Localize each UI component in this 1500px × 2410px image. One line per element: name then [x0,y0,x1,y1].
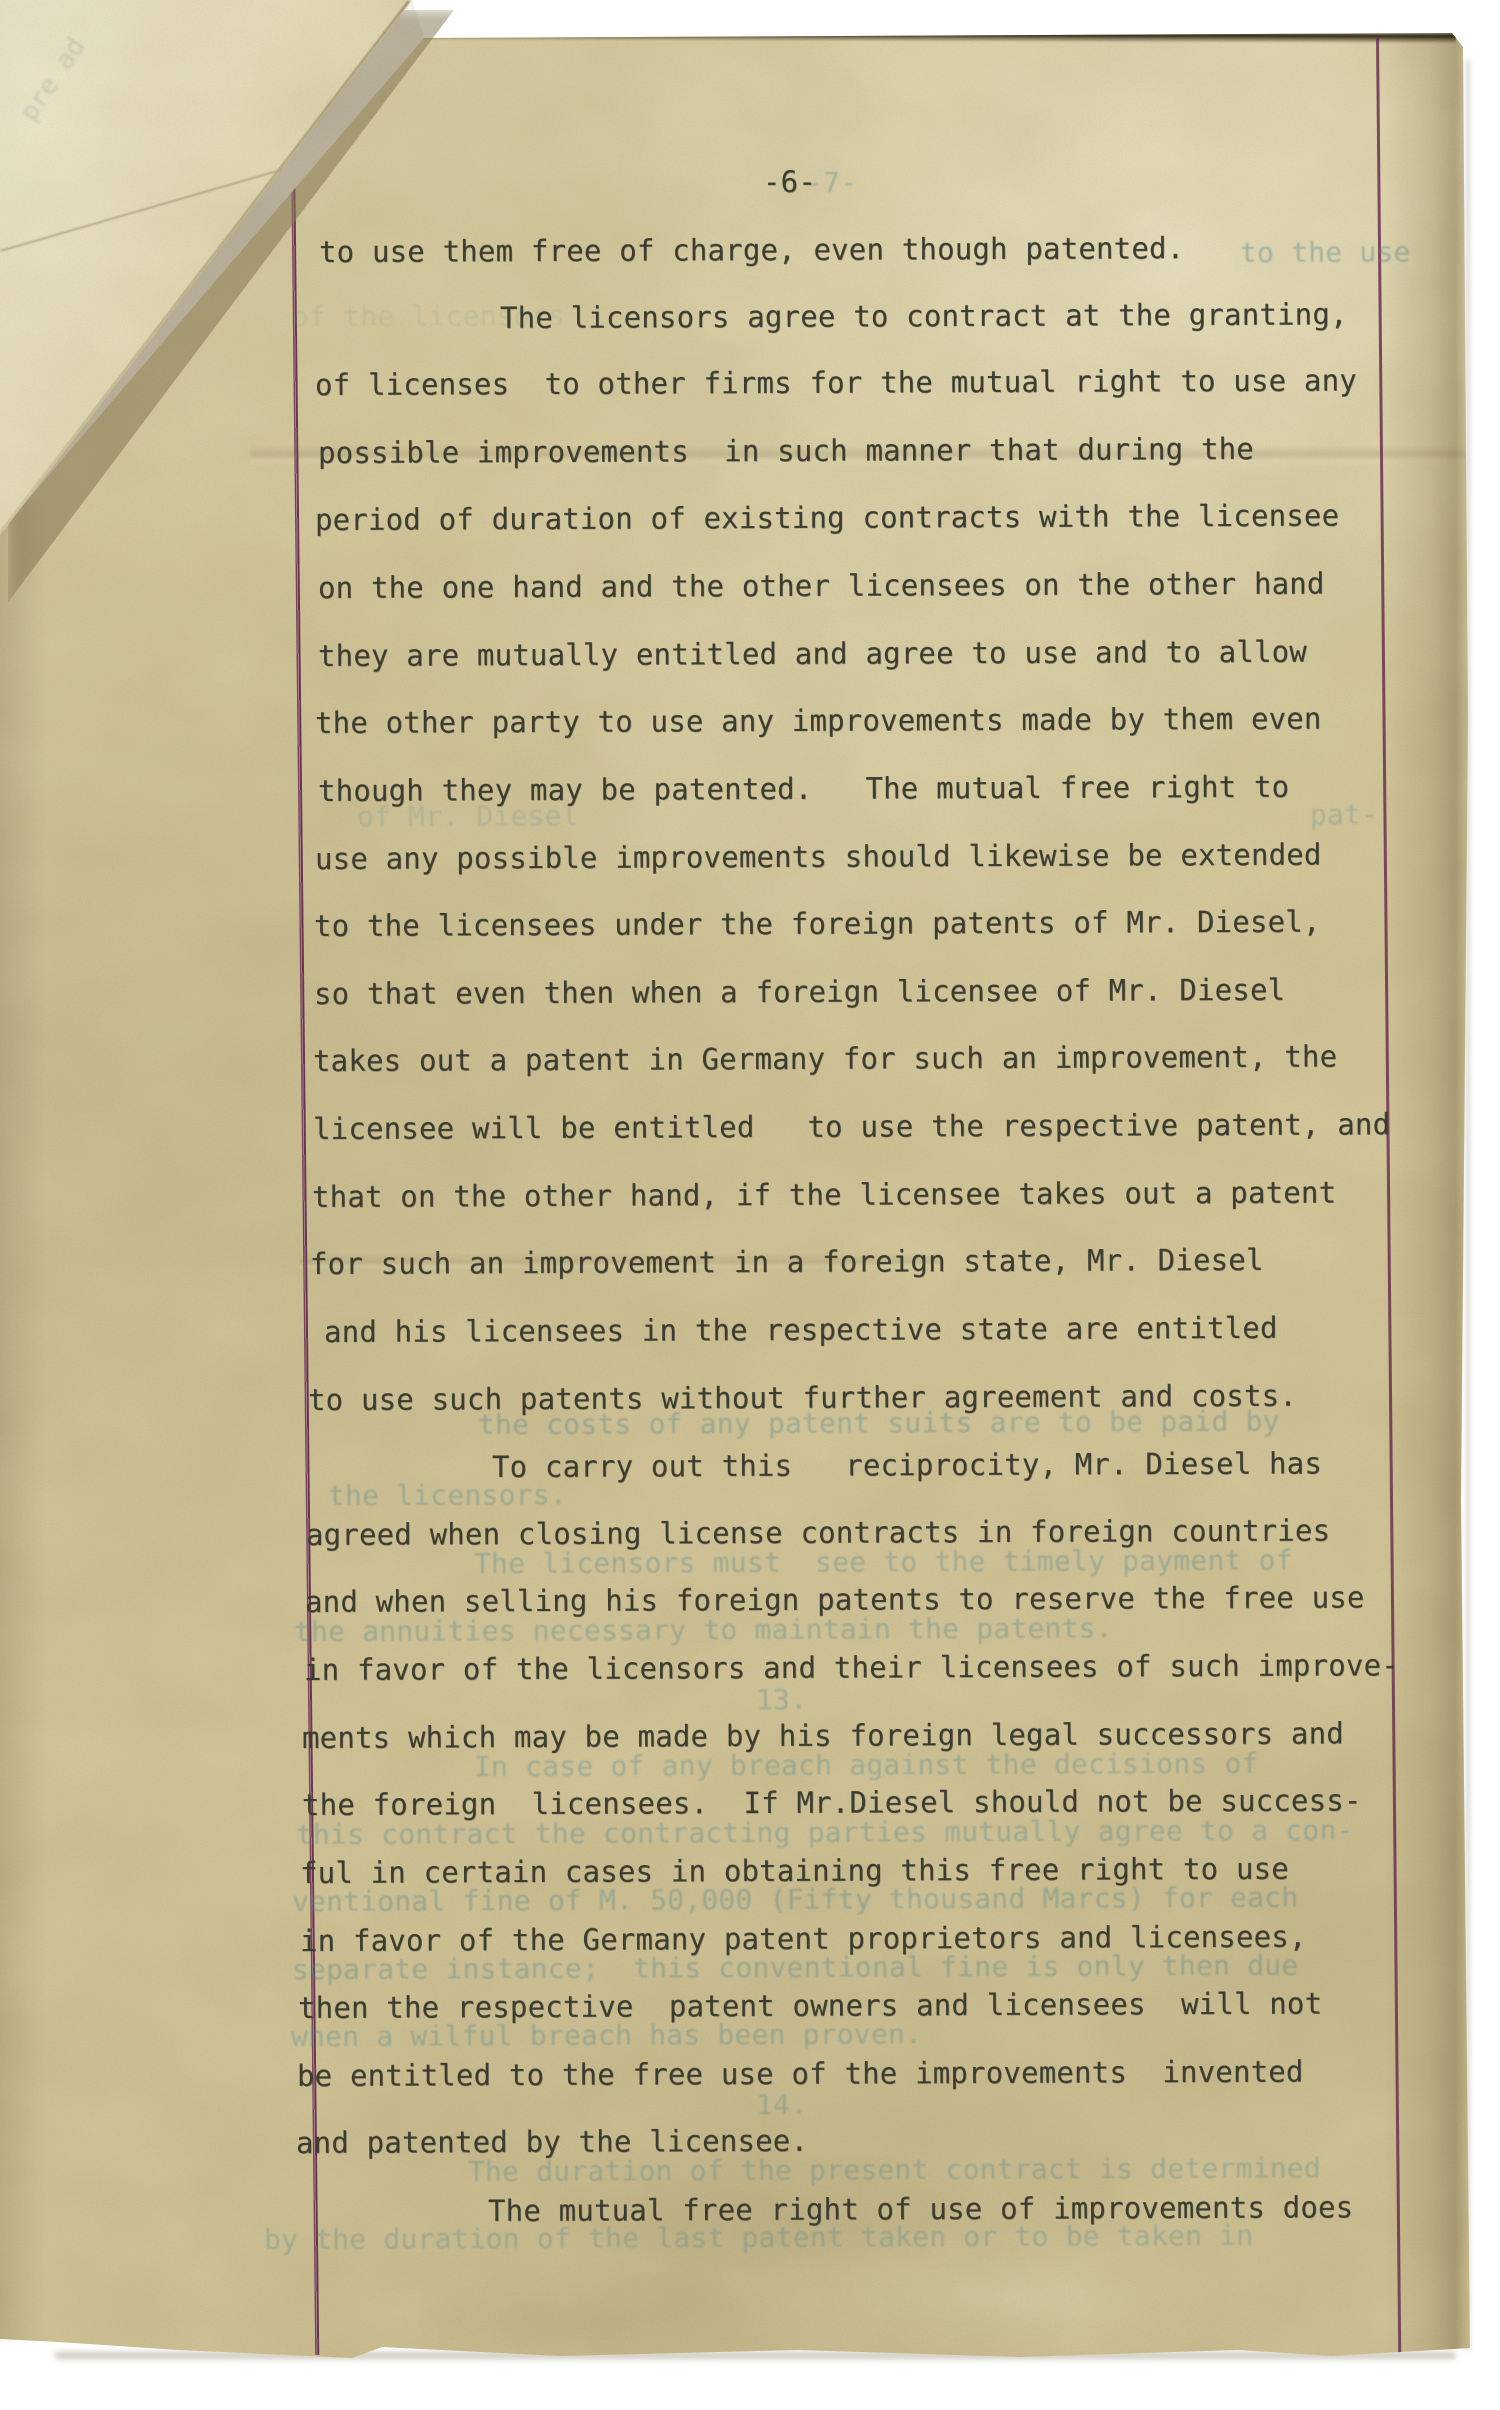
ghost-line: to the use [1240,235,1411,270]
typed-line: to use them free of charge, even though … [319,231,1184,269]
typed-line: of licenses to other firms for the mutua… [315,363,1357,402]
typed-line: ful in certain cases in obtaining this f… [300,1852,1289,1890]
typed-line: then the respective patent owners and li… [298,1987,1322,2025]
typed-line: the foreign licensees. If Mr.Diesel shou… [302,1783,1362,1822]
typed-line: and patented by the licensee. [296,2124,808,2160]
typed-line: use any possible improvements should lik… [315,838,1322,876]
typed-line: period of duration of existing contracts… [315,499,1339,537]
typed-line: to use such patents without further agre… [308,1379,1297,1417]
typed-line: the other party to use any improvements … [315,702,1322,740]
paper-right-shadow [1466,60,1470,2350]
typed-line: The licensors agree to contract at the g… [500,297,1348,335]
typed-line: so that even then when a foreign license… [314,973,1285,1011]
paper-sheet: -6- -7-to the useof the licensorsof Mr. … [0,0,1500,2410]
typed-line: licensee will be entitled to use the res… [313,1107,1390,1146]
top-edge-shadow [424,27,1456,44]
typed-line: and his licensees in the respective stat… [324,1311,1278,1349]
typed-line: and when selling his foreign patents to … [305,1580,1365,1619]
typed-line: that on the other hand, if the licensee … [312,1176,1336,1214]
ghost-line: pat- [1310,798,1378,832]
scanned-document-canvas: -6- -7-to the useof the licensorsof Mr. … [0,0,1500,2410]
typed-line: possible improvements in such manner tha… [318,432,1254,470]
typed-line: in favor of the Germany patent proprieto… [300,1920,1307,1958]
ghost-line: 14. [756,2088,807,2122]
typed-line: to the licensees under the foreign paten… [314,905,1321,943]
typed-line: for such an improvement in a foreign sta… [310,1243,1264,1281]
typed-line: ments which may be made by his foreign l… [302,1716,1344,1755]
typed-line: To carry out this reciprocity, Mr. Diese… [492,1446,1322,1484]
typed-line: in favor of the licensors and their lice… [304,1648,1399,1687]
fold-ghost-text: pre ad [14,32,91,127]
typed-line: takes out a patent in Germany for such a… [313,1040,1337,1078]
typed-line: agreed when closing license contracts in… [306,1514,1330,1552]
typed-line: they are mutually entitled and agree to … [318,635,1307,673]
typed-line: on the one hand and the other licensees … [318,567,1325,605]
ghost-line: -7- [806,166,857,200]
left-edge-shading [0,500,46,2360]
typed-line: The mutual free right of use of improvem… [488,2190,1353,2228]
typed-line: be entitled to the free use of the impro… [297,2055,1304,2093]
typed-line: though they may be patented. The mutual … [318,770,1289,808]
ghost-line: 13. [756,1683,807,1717]
